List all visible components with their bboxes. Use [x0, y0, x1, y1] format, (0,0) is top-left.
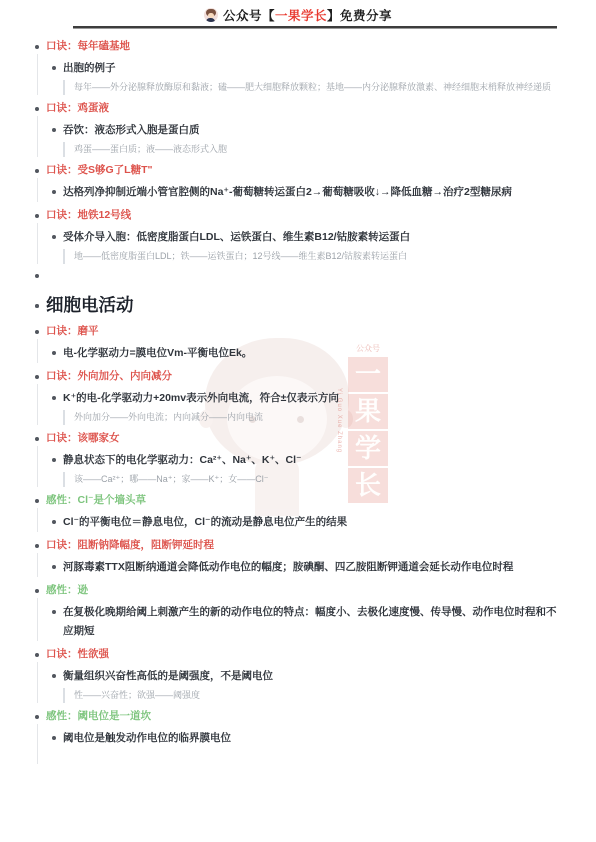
title-prefix: 公众号【 — [223, 9, 275, 23]
mnemonic-text: 口诀：该哪家女 — [46, 431, 560, 446]
bullet-icon — [52, 610, 56, 614]
bullet-icon — [35, 45, 39, 49]
note-text: 外向加分——外向电流；内向减分——内向电流 — [63, 410, 560, 425]
bullet-icon — [52, 396, 56, 400]
section-heading-text: 细胞电活动 — [46, 294, 560, 316]
sense-text: 感性：Cl⁻是个墙头草 — [46, 493, 560, 508]
point-text: K⁺的电-化学驱动力+20mv表示外向电流，符合±仅表示方向 — [63, 389, 560, 408]
bullet-icon — [52, 66, 56, 70]
outline-subitem: Cl⁻的平衡电位＝静息电位，Cl⁻的流动是静息电位产生的结果 — [46, 513, 560, 532]
title-suffix: 】免费分享 — [327, 9, 392, 23]
mnemonic-text: 口诀：阻断钠降幅度，阻断钾延时程 — [46, 538, 560, 553]
point-text: 出胞的例子 — [63, 59, 560, 78]
point-text: Cl⁻的平衡电位＝静息电位，Cl⁻的流动是静息电位产生的结果 — [63, 513, 560, 532]
indent-line — [37, 116, 38, 157]
page-title: 公众号【一果学长】免费分享 — [223, 6, 392, 24]
outline-item: 口诀：受S够G了L糖T" 达格列净抑制近端小管官腔侧的Na⁺-葡萄糖转运蛋白2→… — [0, 163, 560, 202]
mnemonic-text: 口诀：每年磕基地 — [46, 39, 560, 54]
page-header: 公众号【一果学长】免费分享 — [0, 6, 596, 27]
outline-subitem: 达格列净抑制近端小管官腔侧的Na⁺-葡萄糖转运蛋白2→葡萄糖吸收↓→降低血糖→治… — [46, 183, 560, 202]
outline-subitem: 衡量组织兴奋性高低的是阈强度，不是阈电位 — [46, 667, 560, 686]
bullet-icon — [35, 304, 39, 308]
outline-item: 口诀：阻断钠降幅度，阻断钾延时程 河豚毒素TTX阻断纳通道会降低动作电位的幅度；… — [0, 538, 560, 577]
indent-line — [37, 339, 38, 363]
bullet-icon — [35, 715, 39, 719]
note-text: 鸡蛋——蛋白质；液——液态形式入胞 — [63, 142, 560, 157]
outline-item: 口诀：磨平 电-化学驱动力=膜电位Vm-平衡电位Ek。 — [0, 324, 560, 363]
bullet-icon — [35, 330, 39, 334]
outline-item: 口诀：该哪家女 静息状态下的电化学驱动力：Ca²⁺、Na⁺、K⁺、Cl⁻ 该——… — [0, 431, 560, 487]
title-highlight: 一果学长 — [275, 9, 327, 23]
bullet-icon — [35, 214, 39, 218]
indent-line — [37, 223, 38, 264]
section-heading: 细胞电活动 — [0, 294, 560, 316]
point-text: 静息状态下的电化学驱动力：Ca²⁺、Na⁺、K⁺、Cl⁻ — [63, 451, 560, 470]
bullet-icon — [52, 520, 56, 524]
outline-item: 感性：Cl⁻是个墙头草 Cl⁻的平衡电位＝静息电位，Cl⁻的流动是静息电位产生的… — [0, 493, 560, 532]
indent-line — [37, 553, 38, 577]
point-text: 在复极化晚期给阈上刺激产生的新的动作电位的特点：幅度小、去极化速度慢、传导慢、动… — [63, 603, 560, 641]
mnemonic-text: 口诀：受S够G了L糖T" — [46, 163, 560, 178]
outline-subitem: 河豚毒素TTX阻断纳通道会降低动作电位的幅度；胺碘酮、四乙胺阻断钾通道会延长动作… — [46, 558, 560, 577]
indent-line — [37, 178, 38, 202]
outline-item: 感性：阈电位是一道坎 阈电位是触发动作电位的临界膜电位 — [0, 709, 560, 748]
outline-item: 口诀：外向加分、内向减分 K⁺的电-化学驱动力+20mv表示外向电流，符合±仅表… — [0, 369, 560, 425]
bullet-icon — [35, 544, 39, 548]
mnemonic-text: 口诀：地铁12号线 — [46, 208, 560, 223]
outline-item: 口诀：鸡蛋液 吞饮：液态形式入胞是蛋白质 鸡蛋——蛋白质；液——液态形式入胞 — [0, 101, 560, 157]
bullet-icon — [52, 736, 56, 740]
bullet-icon — [35, 499, 39, 503]
outline-item: 口诀：地铁12号线 受体介导入胞：低密度脂蛋白LDL、运铁蛋白、维生素B12/钴… — [0, 208, 560, 264]
point-text: 衡量组织兴奋性高低的是阈强度，不是阈电位 — [63, 667, 560, 686]
outline-item: 口诀：每年磕基地 出胞的例子 每年——外分泌腺释放酶原和黏液；磕——肥大细胞释放… — [0, 39, 560, 95]
sense-text: 感性：逊 — [46, 583, 560, 598]
indent-line — [37, 508, 38, 532]
bullet-icon — [35, 375, 39, 379]
outline-subitem: 在复极化晚期给阈上刺激产生的新的动作电位的特点：幅度小、去极化速度慢、传导慢、动… — [46, 603, 560, 641]
indent-line — [37, 724, 38, 764]
bullet-icon — [52, 190, 56, 194]
indent-line — [37, 598, 38, 641]
point-text: 受体介导入胞：低密度脂蛋白LDL、运铁蛋白、维生素B12/钴胺素转运蛋白 — [63, 228, 560, 247]
outline-subitem: K⁺的电-化学驱动力+20mv表示外向电流，符合±仅表示方向 — [46, 389, 560, 408]
outline-subitem: 静息状态下的电化学驱动力：Ca²⁺、Na⁺、K⁺、Cl⁻ — [46, 451, 560, 470]
header-divider — [73, 26, 557, 29]
outline-subitem: 阈电位是触发动作电位的临界膜电位 — [46, 729, 560, 748]
bullet-icon — [35, 653, 39, 657]
bullet-icon — [52, 351, 56, 355]
point-text: 电-化学驱动力=膜电位Vm-平衡电位Ek。 — [63, 344, 560, 363]
point-text: 达格列净抑制近端小管官腔侧的Na⁺-葡萄糖转运蛋白2→葡萄糖吸收↓→降低血糖→治… — [63, 183, 560, 202]
sense-text: 感性：阈电位是一道坎 — [46, 709, 560, 724]
indent-line — [37, 54, 38, 95]
bullet-icon — [35, 169, 39, 173]
bullet-icon — [35, 274, 39, 278]
mnemonic-text: 口诀：鸡蛋液 — [46, 101, 560, 116]
outline-subitem: 出胞的例子 — [46, 59, 560, 78]
bullet-icon — [35, 589, 39, 593]
indent-line — [37, 662, 38, 703]
bullet-icon — [52, 565, 56, 569]
note-text: 每年——外分泌腺释放酶原和黏液；磕——肥大细胞释放颗粒；基地——内分泌腺释放激素… — [63, 80, 560, 95]
note-text: 地——低密度脂蛋白LDL；铁——运铁蛋白；12号线——维生素B12/钴胺素转运蛋… — [63, 249, 560, 264]
outline-item: 感性：逊 在复极化晚期给阈上刺激产生的新的动作电位的特点：幅度小、去极化速度慢、… — [0, 583, 560, 641]
outline-subitem: 受体介导入胞：低密度脂蛋白LDL、运铁蛋白、维生素B12/钴胺素转运蛋白 — [46, 228, 560, 247]
outline-item-empty — [0, 270, 560, 282]
notes-outline: 口诀：每年磕基地 出胞的例子 每年——外分泌腺释放酶原和黏液；磕——肥大细胞释放… — [0, 39, 596, 754]
indent-line — [37, 384, 38, 425]
outline-subitem: 电-化学驱动力=膜电位Vm-平衡电位Ek。 — [46, 344, 560, 363]
point-text: 吞饮：液态形式入胞是蛋白质 — [63, 121, 560, 140]
boy-avatar-icon — [204, 8, 218, 22]
bullet-icon — [35, 437, 39, 441]
bullet-icon — [52, 458, 56, 462]
point-text: 阈电位是触发动作电位的临界膜电位 — [63, 729, 560, 748]
bullet-icon — [35, 107, 39, 111]
bullet-icon — [52, 235, 56, 239]
note-text: 该——Ca²⁺；哪——Na⁺；家——K⁺；女——Cl⁻ — [63, 472, 560, 487]
mnemonic-text: 口诀：性欲强 — [46, 647, 560, 662]
indent-line — [37, 446, 38, 487]
point-text: 河豚毒素TTX阻断纳通道会降低动作电位的幅度；胺碘酮、四乙胺阻断钾通道会延长动作… — [63, 558, 560, 577]
bullet-icon — [52, 128, 56, 132]
outline-subitem: 吞饮：液态形式入胞是蛋白质 — [46, 121, 560, 140]
mnemonic-text: 口诀：外向加分、内向减分 — [46, 369, 560, 384]
note-text: 性——兴奋性；欲强——阈强度 — [63, 688, 560, 703]
outline-item: 口诀：性欲强 衡量组织兴奋性高低的是阈强度，不是阈电位 性——兴奋性；欲强——阈… — [0, 647, 560, 703]
mnemonic-text: 口诀：磨平 — [46, 324, 560, 339]
bullet-icon — [52, 674, 56, 678]
